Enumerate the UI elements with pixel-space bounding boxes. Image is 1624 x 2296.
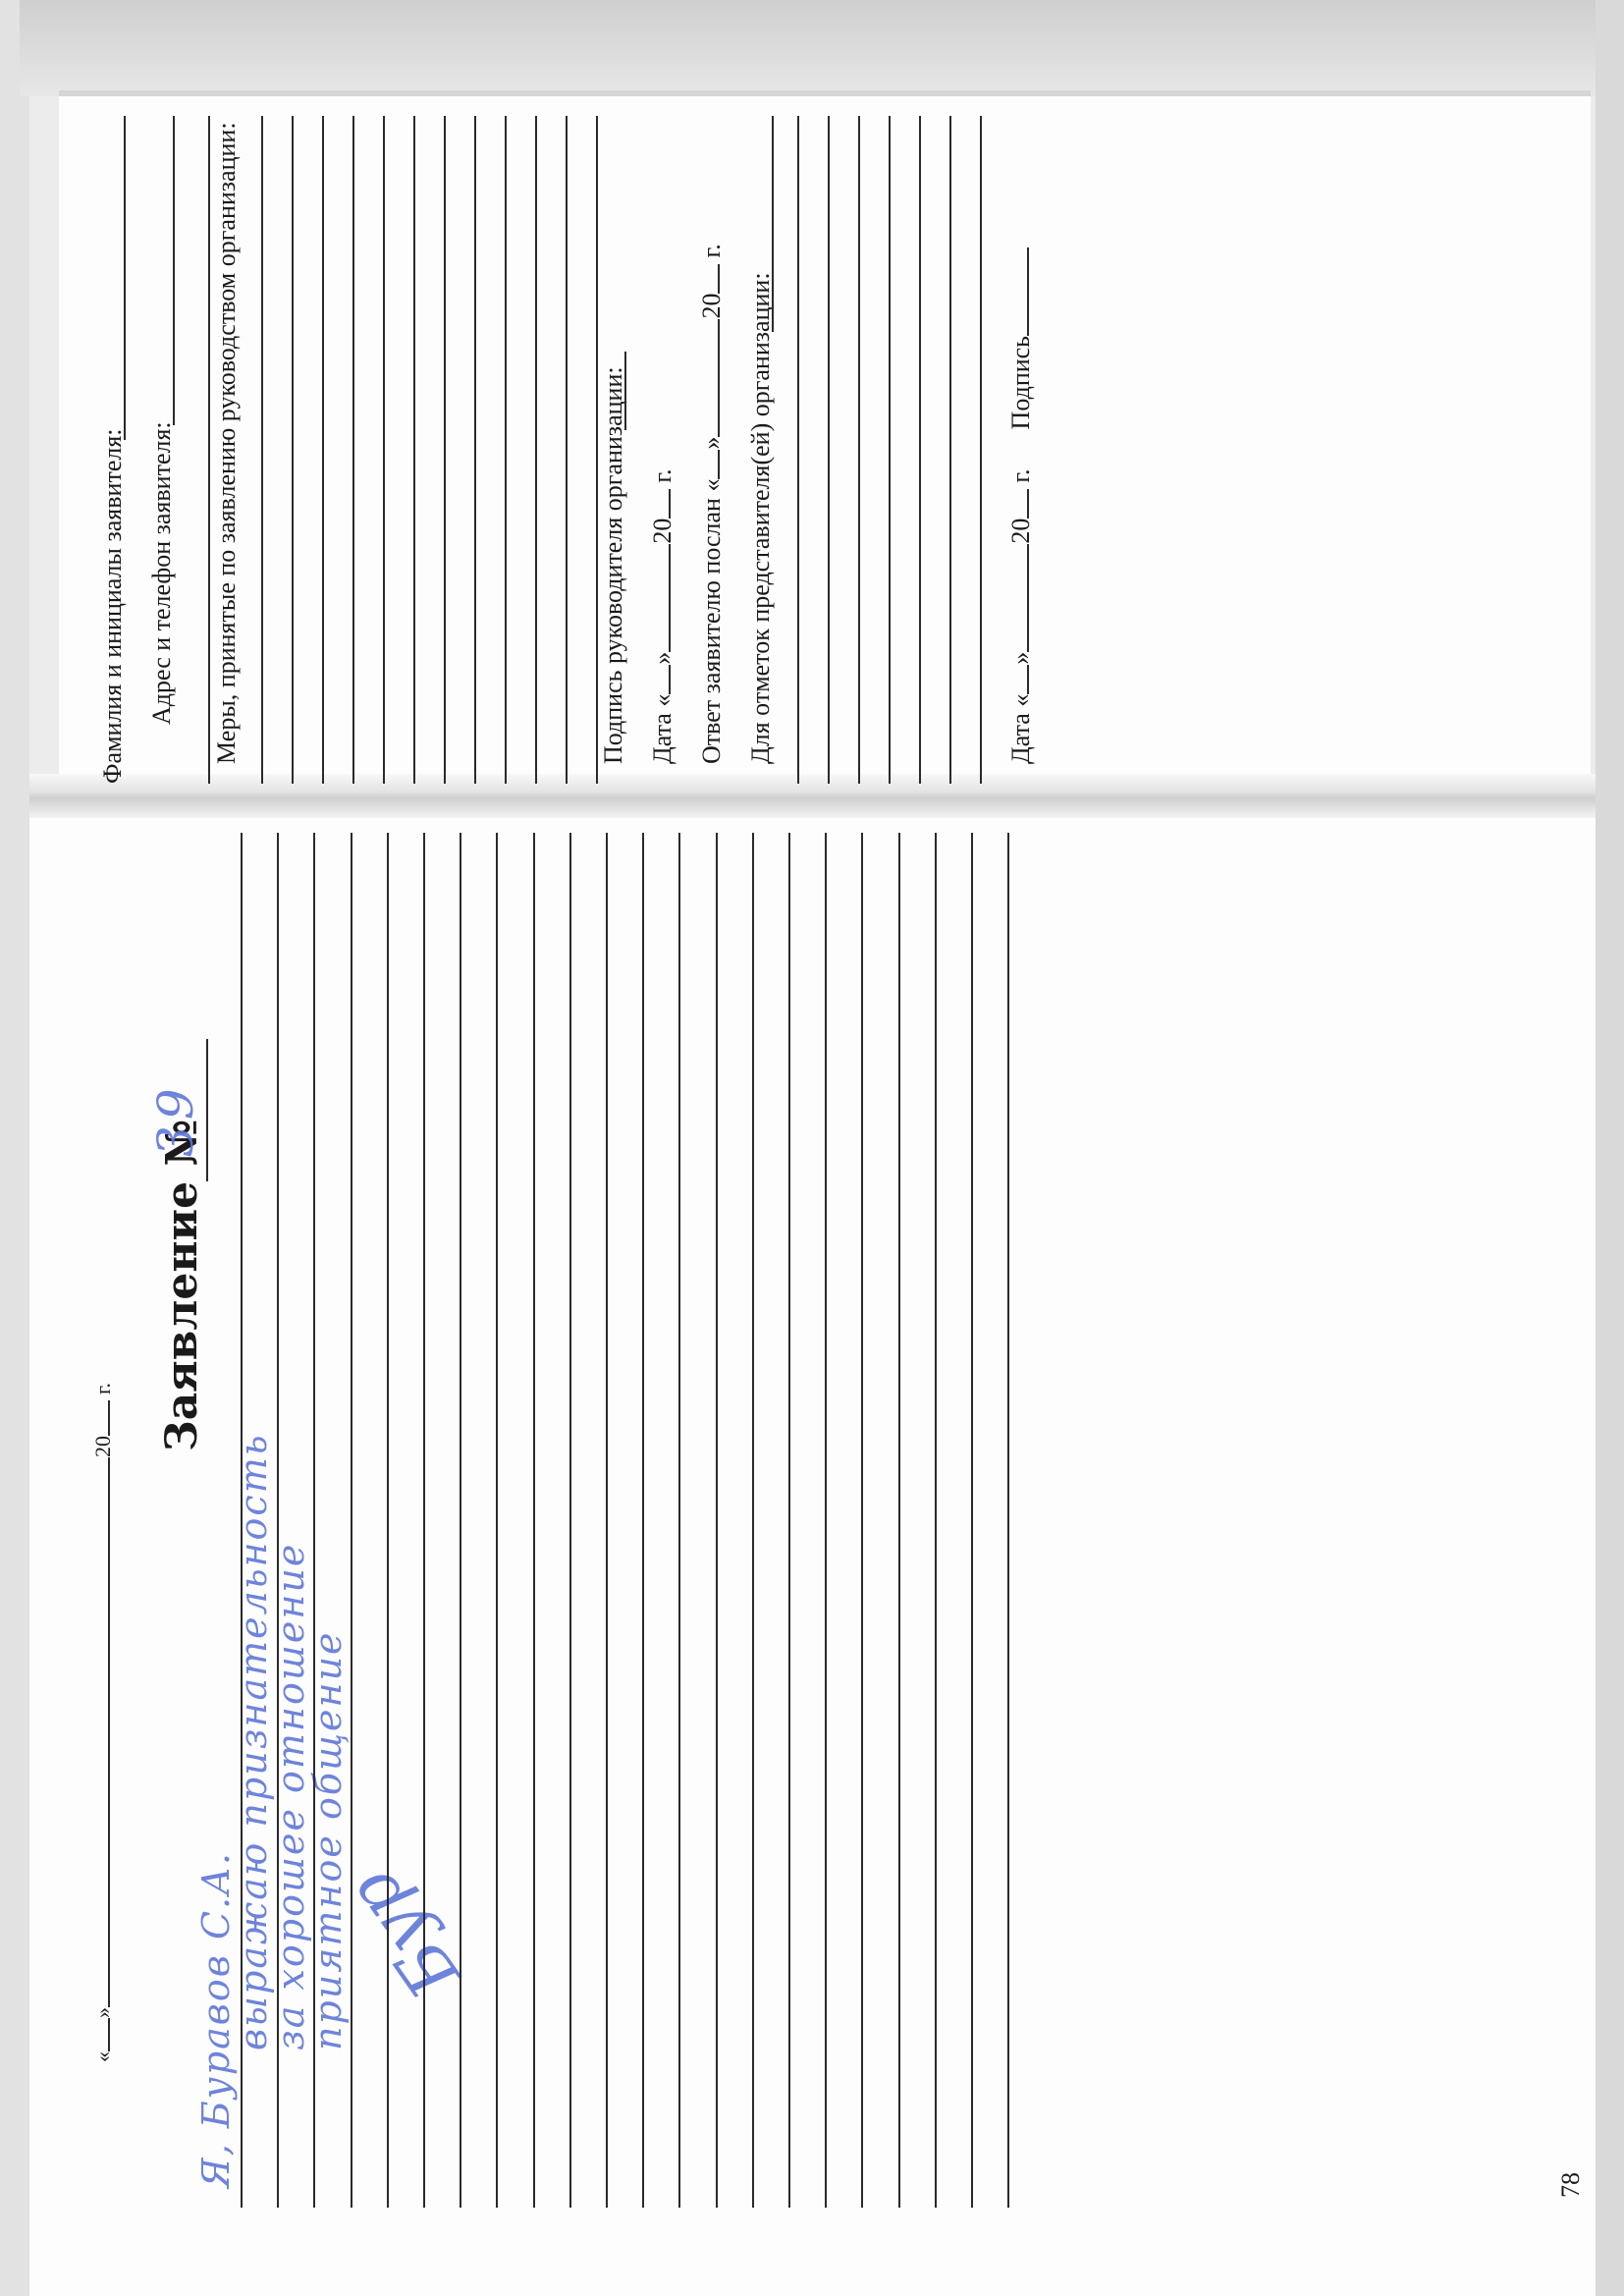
reply-sent-close-quote: »: [697, 437, 726, 450]
ruled-line[interactable]: [606, 833, 608, 2208]
ruled-line[interactable]: [889, 116, 891, 784]
ruled-line[interactable]: [277, 833, 279, 2208]
scan-edge-bottom: [1596, 0, 1624, 2296]
scan-edge-top: [0, 0, 29, 2296]
ruled-line[interactable]: [444, 116, 446, 784]
ruled-line[interactable]: [797, 116, 799, 784]
ruled-line[interactable]: [505, 116, 507, 784]
representative-notes-field[interactable]: [772, 116, 774, 332]
year-prefix: 20: [90, 1436, 115, 1457]
applicant-address-field[interactable]: [173, 116, 175, 425]
applicant-name-field[interactable]: [124, 116, 126, 440]
ruled-line[interactable]: [788, 833, 790, 2208]
reply-sent-month-field[interactable]: [718, 319, 720, 437]
signature-field[interactable]: [1027, 247, 1029, 336]
ruled-line[interactable]: [535, 116, 537, 784]
ruled-line[interactable]: [533, 833, 535, 2208]
reply-sent-year-suffix: г.: [697, 244, 726, 257]
application-number: 39: [147, 1082, 204, 1157]
date-2-month-field[interactable]: [1027, 544, 1029, 652]
ruled-line[interactable]: [413, 116, 415, 784]
representative-notes-label: Для отметок представителя(ей) организаци…: [746, 272, 776, 764]
date-2-close-quote: »: [1006, 652, 1035, 665]
ruled-line[interactable]: [569, 833, 571, 2208]
measures-label: Меры, принятые по заявлению руководством…: [212, 122, 242, 764]
ruled-line[interactable]: [241, 833, 243, 2208]
date-close-quote: »: [90, 2007, 115, 2018]
reply-sent-year-field[interactable]: [718, 264, 720, 294]
date-2-row: Дата «»20г.Подпись: [1006, 247, 1036, 764]
date-1-year-field[interactable]: [669, 489, 671, 519]
applicant-address-label-text: Адрес и телефон заявителя:: [147, 421, 176, 725]
page-stack-edge: [20, 0, 1610, 96]
ruled-line[interactable]: [423, 833, 425, 2208]
journal-spread: «»20г. Заявление № 39 Я, Буравов С.А. вы…: [0, 0, 1624, 2296]
ruled-line[interactable]: [496, 833, 498, 2208]
reply-sent-year-prefix: 20: [697, 294, 726, 319]
year-suffix: г.: [90, 1383, 115, 1394]
applicant-name-label-text: Фамилия и инициалы заявителя:: [98, 428, 127, 784]
ruled-line[interactable]: [825, 833, 827, 2208]
ruled-line[interactable]: [387, 833, 389, 2208]
applicant-name-label: Фамилия и инициалы заявителя:: [98, 428, 128, 784]
ruled-line[interactable]: [898, 833, 900, 2208]
ruled-line[interactable]: [828, 116, 830, 784]
applicant-address-label: Адрес и телефон заявителя:: [147, 421, 177, 725]
reply-sent-row: Ответ заявителю послан «»20г.: [697, 244, 727, 764]
date-1-label: Дата «: [648, 694, 677, 764]
ruled-line[interactable]: [861, 833, 863, 2208]
application-number-line: [206, 1039, 208, 1181]
signature-label: Подпись: [1006, 336, 1035, 429]
date-2-day-field[interactable]: [1027, 665, 1029, 694]
ruled-line[interactable]: [678, 833, 680, 2208]
ruled-line[interactable]: [292, 116, 294, 784]
date-1-row: Дата «»20г.: [648, 468, 677, 764]
date-2-year-field[interactable]: [1027, 489, 1029, 519]
applicant-address-field-line-2[interactable]: [208, 116, 210, 784]
ruled-line[interactable]: [949, 116, 951, 784]
ruled-line[interactable]: [716, 833, 718, 2208]
ruled-line[interactable]: [980, 116, 982, 784]
ruled-line[interactable]: [596, 116, 598, 784]
ruled-line[interactable]: [383, 116, 385, 784]
ruled-line[interactable]: [1007, 833, 1009, 2208]
ruled-line[interactable]: [919, 116, 921, 784]
ruled-line[interactable]: [935, 833, 937, 2208]
year-field[interactable]: [108, 1400, 110, 1436]
ruled-line[interactable]: [351, 833, 352, 2208]
date-1-day-field[interactable]: [669, 665, 671, 694]
ruled-line[interactable]: [566, 116, 568, 784]
date-1-month-field[interactable]: [669, 544, 671, 652]
right-page: [59, 96, 1591, 784]
ruled-line[interactable]: [971, 833, 973, 2208]
ruled-line[interactable]: [474, 116, 476, 784]
date-open-quote: «: [90, 2051, 115, 2062]
page-number: 78: [1556, 2172, 1586, 2198]
date-1-close-quote: »: [648, 652, 677, 665]
ruled-line[interactable]: [313, 833, 315, 2208]
ruled-line[interactable]: [352, 116, 354, 784]
date-2-year-prefix: 20: [1006, 519, 1035, 544]
application-date-row: «»20г.: [90, 1383, 116, 2062]
reply-sent-label: Ответ заявителю послан «: [697, 479, 726, 764]
reply-sent-day-field[interactable]: [718, 450, 720, 479]
ruled-line[interactable]: [642, 833, 644, 2208]
ruled-line[interactable]: [858, 116, 860, 784]
ruled-line[interactable]: [460, 833, 461, 2208]
day-field[interactable]: [108, 2018, 110, 2051]
date-2-year-suffix: г.: [1006, 468, 1035, 482]
ruled-line[interactable]: [261, 116, 263, 784]
book-gutter: [29, 774, 1600, 818]
month-field[interactable]: [108, 1457, 110, 2007]
head-signature-field[interactable]: [624, 352, 626, 430]
ruled-line[interactable]: [322, 116, 324, 784]
date-1-year-suffix: г.: [648, 468, 677, 482]
date-1-year-prefix: 20: [648, 519, 677, 544]
date-2-label: Дата «: [1006, 694, 1035, 764]
ruled-line[interactable]: [752, 833, 754, 2208]
application-title: Заявление №: [157, 1120, 207, 1451]
